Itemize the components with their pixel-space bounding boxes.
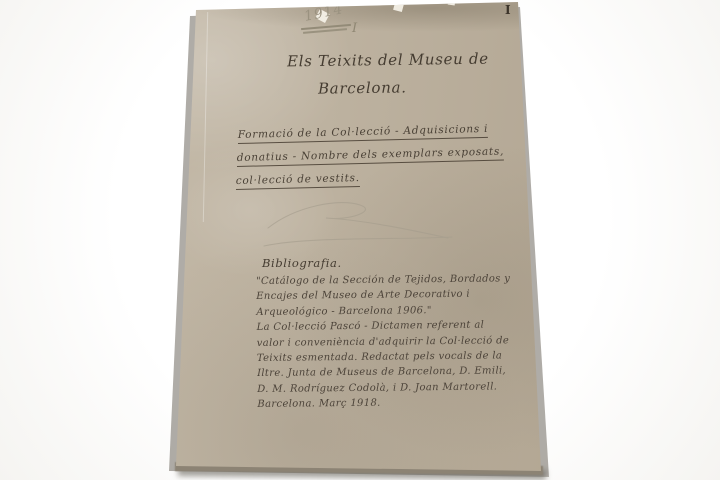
- bibliography-line: D. M. Rodríguez Codolà, i D. Joan Martor…: [257, 379, 522, 397]
- bibliography-line: Barcelona. Març 1918.: [257, 394, 522, 412]
- pencil-numeral-annotation: I: [352, 21, 357, 36]
- bibliography-block: "Catálogo de la Sección de Tejidos, Bord…: [256, 271, 522, 412]
- manuscript-page: 1914 I I Els Teixits del Museu de Barcel…: [0, 0, 720, 480]
- pencil-signature-scribble: [262, 196, 458, 252]
- bibliography-heading: Bibliografia.: [262, 256, 342, 270]
- subtitle-line: col·lecció de vestits.: [236, 172, 360, 190]
- tape-remnant: [448, 0, 456, 5]
- page-number: I: [505, 3, 511, 17]
- manuscript-title-line: Barcelona.: [318, 78, 407, 97]
- manuscript-title-line: Els Teixits del Museu de: [287, 50, 489, 71]
- photo-canvas: 1914 I I Els Teixits del Museu de Barcel…: [0, 0, 720, 480]
